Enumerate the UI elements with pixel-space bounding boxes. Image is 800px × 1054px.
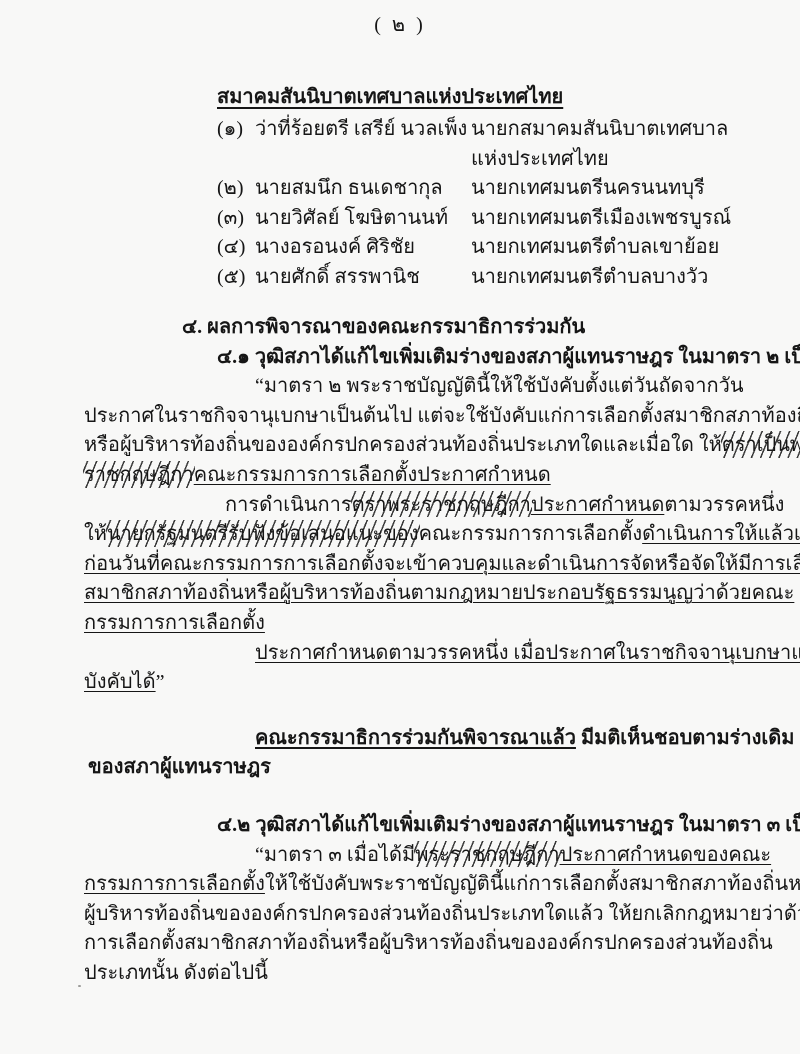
member-name: นายสมนึก ธนเดชากุล: [255, 174, 471, 204]
document-line: ประกาศในราชกิจจานุเบกษาเป็นต้นไป แต่จะใช…: [84, 402, 752, 432]
bold-text-segment: ๔.๒ วุฒิสภาได้แก้ไขเพิ่มเติมร่างของสภาผู…: [217, 814, 800, 836]
document-line: บังคับได้”: [84, 668, 752, 698]
underlined-text-segment: ประกาศกำหนด: [531, 494, 664, 516]
underlined-text-segment: คณะกรรมการการเลือกตั้งประกาศกำหนด: [194, 464, 551, 486]
underlined-text-segment: ก่อนวันที่คณะกรรมการการเลือกตั้งจะเข้าคว…: [84, 553, 800, 575]
bold-text-segment: ๔.๑ วุฒิสภาได้แก้ไขเพิ่มเติมร่างของสภาผู…: [217, 346, 800, 368]
document-line: ประกาศกำหนดตามวรรคหนึ่ง เมื่อประกาศในราช…: [255, 639, 752, 669]
underlined-text-segment: กรรมการการเลือกตั้ง: [84, 873, 265, 895]
document-line: การดำเนินการตราพระราชกฤษฎีกาประกาศกำหนดต…: [225, 491, 752, 521]
text-segment: ผู้บริหารท้องถิ่นขององค์กรปกครองส่วนท้อง…: [84, 903, 800, 925]
document-line: การเลือกตั้งสมาชิกสภาท้องถิ่นหรือผู้บริห…: [84, 929, 752, 959]
struck-text-segment: พระราชกฤษฎีกา: [415, 841, 559, 871]
document-line: ผู้บริหารท้องถิ่นขององค์กรปกครองส่วนท้อง…: [84, 900, 752, 930]
document-line: ราชกฤษฎีกาคณะกรรมการการเลือกตั้งประกาศกำ…: [84, 461, 752, 491]
document-line: “มาตรา ๓ เมื่อได้มีพระราชกฤษฎีกาประกาศกำ…: [255, 841, 752, 871]
underlined-text-segment: ดำเนินการให้แล้วเสร็จ: [642, 523, 800, 545]
text-segment: ให้: [84, 523, 107, 545]
member-row: (๒)นายสมนึก ธนเดชากุลนายกเทศมนตรีนครนนทบ…: [217, 174, 752, 204]
scanned-document-page: ( ๒ ) สมาคมสันนิบาตเทศบาลแห่งประเทศไทย (…: [0, 0, 800, 1054]
member-index: (๔): [217, 233, 255, 263]
scan-speck: [78, 985, 81, 987]
document-body: ๔. ผลการพิจารณาของคณะกรรมาธิการร่วมกัน๔.…: [84, 313, 752, 988]
member-index: (๑): [217, 115, 255, 174]
member-list: (๑)ว่าที่ร้อยตรี เสรีย์ นวลเพ็งนายกสมาคม…: [84, 115, 752, 292]
association-heading: สมาคมสันนิบาตเทศบาลแห่งประเทศไทย: [217, 82, 752, 112]
document-content: สมาคมสันนิบาตเทศบาลแห่งประเทศไทย (๑)ว่าท…: [84, 82, 752, 988]
bold-text-segment: ๔. ผลการพิจารณาของคณะกรรมาธิการร่วมกัน: [182, 316, 585, 338]
member-name: นายวิศัลย์ โฆษิตานนท์: [255, 204, 471, 234]
text-segment: การเลือกตั้งสมาชิกสภาท้องถิ่นหรือผู้บริห…: [84, 932, 773, 954]
document-line: กรรมการการเลือกตั้งให้ใช้บังคับพระราชบัญ…: [84, 870, 752, 900]
member-position-line: นายกเทศมนตรีนครนนทบุรี: [471, 174, 752, 204]
struck-text-segment: ตราเป็นพระ: [722, 431, 800, 461]
text-segment: ”: [156, 671, 165, 693]
document-line: “มาตรา ๒ พระราชบัญญัตินี้ให้ใช้บังคับตั้…: [255, 372, 752, 402]
document-line: หรือผู้บริหารท้องถิ่นขององค์กรปกครองส่วน…: [84, 431, 752, 461]
member-position-line: นายกสมาคมสันนิบาตเทศบาล: [471, 115, 752, 145]
member-row: (๑)ว่าที่ร้อยตรี เสรีย์ นวลเพ็งนายกสมาคม…: [217, 115, 752, 174]
bold-text-segment: ของสภาผู้แทนราษฎร: [88, 756, 271, 778]
member-row: (๓)นายวิศัลย์ โฆษิตานนท์นายกเทศมนตรีเมือ…: [217, 204, 752, 234]
page-number: ( ๒ ): [0, 0, 800, 40]
document-line: สมาชิกสภาท้องถิ่นหรือผู้บริหารท้องถิ่นตา…: [84, 579, 752, 609]
document-line: ให้นายกรัฐมนตรีรับฟังข้อเสนอแนะของคณะกรร…: [84, 520, 752, 550]
member-position: นายกสมาคมสันนิบาตเทศบาลแห่งประเทศไทย: [471, 115, 752, 174]
bold-text-segment: มีมติเห็นชอบตามร่างเดิม: [576, 727, 794, 749]
underlined-text-segment: บังคับได้: [84, 671, 156, 693]
bold-underlined-text-segment: คณะกรรมาธิการร่วมกันพิจารณาแล้ว: [255, 727, 576, 749]
member-position-line: นายกเทศมนตรีเมืองเพชรบูรณ์: [471, 204, 752, 234]
document-line: ประเภทนั้น ดังต่อไปนี้: [84, 959, 752, 989]
document-line: ๔.๒ วุฒิสภาได้แก้ไขเพิ่มเติมร่างของสภาผู…: [217, 811, 752, 841]
member-name: นายศักดิ์ สรรพานิช: [255, 263, 471, 293]
underlined-text-segment: ประกาศกำหนดของคณะ: [560, 844, 772, 866]
document-line: ก่อนวันที่คณะกรรมการการเลือกตั้งจะเข้าคว…: [84, 550, 752, 580]
text-segment: ประกาศในราชกิจจานุเบกษาเป็นต้นไป แต่จะใช…: [84, 405, 800, 427]
text-segment: “มาตรา ๒ พระราชบัญญัตินี้ให้ใช้บังคับตั้…: [255, 375, 744, 397]
document-line: ๔. ผลการพิจารณาของคณะกรรมาธิการร่วมกัน: [182, 313, 752, 343]
text-segment: หรือผู้บริหารท้องถิ่นขององค์กรปกครองส่วน…: [84, 434, 722, 456]
underlined-text-segment: กรรมการการเลือกตั้ง: [84, 612, 265, 634]
member-index: (๕): [217, 263, 255, 293]
member-row: (๕)นายศักดิ์ สรรพานิชนายกเทศมนตรีตำบลบาง…: [217, 263, 752, 293]
underlined-text-segment: สมาชิกสภาท้องถิ่นหรือผู้บริหารท้องถิ่นตา…: [84, 582, 794, 604]
text-segment: ตามวรรคหนึ่ง: [664, 494, 784, 516]
struck-text-segment: ตราพระราชกฤษฎีกา: [352, 491, 531, 521]
member-position: นายกเทศมนตรีนครนนทบุรี: [471, 174, 752, 204]
member-name: ว่าที่ร้อยตรี เสรีย์ นวลเพ็ง: [255, 115, 471, 174]
member-index: (๓): [217, 204, 255, 234]
text-segment: การดำเนินการ: [225, 494, 352, 516]
member-row: (๔)นางอรอนงค์ ศิริชัยนายกเทศมนตรีตำบลเขา…: [217, 233, 752, 263]
text-segment: ให้ใช้บังคับพระราชบัญญัตินี้แก่การเลือกต…: [265, 873, 800, 895]
member-index: (๒): [217, 174, 255, 204]
document-line: คณะกรรมาธิการร่วมกันพิจารณาแล้ว มีมติเห็…: [255, 724, 752, 754]
text-segment: “มาตรา ๓ เมื่อได้มี: [255, 844, 415, 866]
document-line: กรรมการการเลือกตั้ง: [84, 609, 752, 639]
struck-text-segment: นายกรัฐมนตรีรับฟังข้อเสนอแนะของ: [107, 520, 419, 550]
member-position: นายกเทศมนตรีตำบลบางวัว: [471, 263, 752, 293]
text-segment: คณะกรรมการการเลือกตั้ง: [419, 523, 643, 545]
document-line: ของสภาผู้แทนราษฎร: [88, 753, 752, 783]
member-position-line: แห่งประเทศไทย: [471, 145, 752, 175]
text-segment: ประเภทนั้น ดังต่อไปนี้: [84, 962, 268, 984]
underlined-text-segment: ประกาศกำหนดตามวรรคหนึ่ง เมื่อประกาศในราช…: [255, 642, 800, 664]
member-position-line: นายกเทศมนตรีตำบลบางวัว: [471, 263, 752, 293]
member-name: นางอรอนงค์ ศิริชัย: [255, 233, 471, 263]
member-position: นายกเทศมนตรีตำบลเขาย้อย: [471, 233, 752, 263]
member-position-line: นายกเทศมนตรีตำบลเขาย้อย: [471, 233, 752, 263]
member-position: นายกเทศมนตรีเมืองเพชรบูรณ์: [471, 204, 752, 234]
struck-text-segment: ราชกฤษฎีกา: [84, 461, 194, 491]
document-line: ๔.๑ วุฒิสภาได้แก้ไขเพิ่มเติมร่างของสภาผู…: [217, 343, 752, 373]
